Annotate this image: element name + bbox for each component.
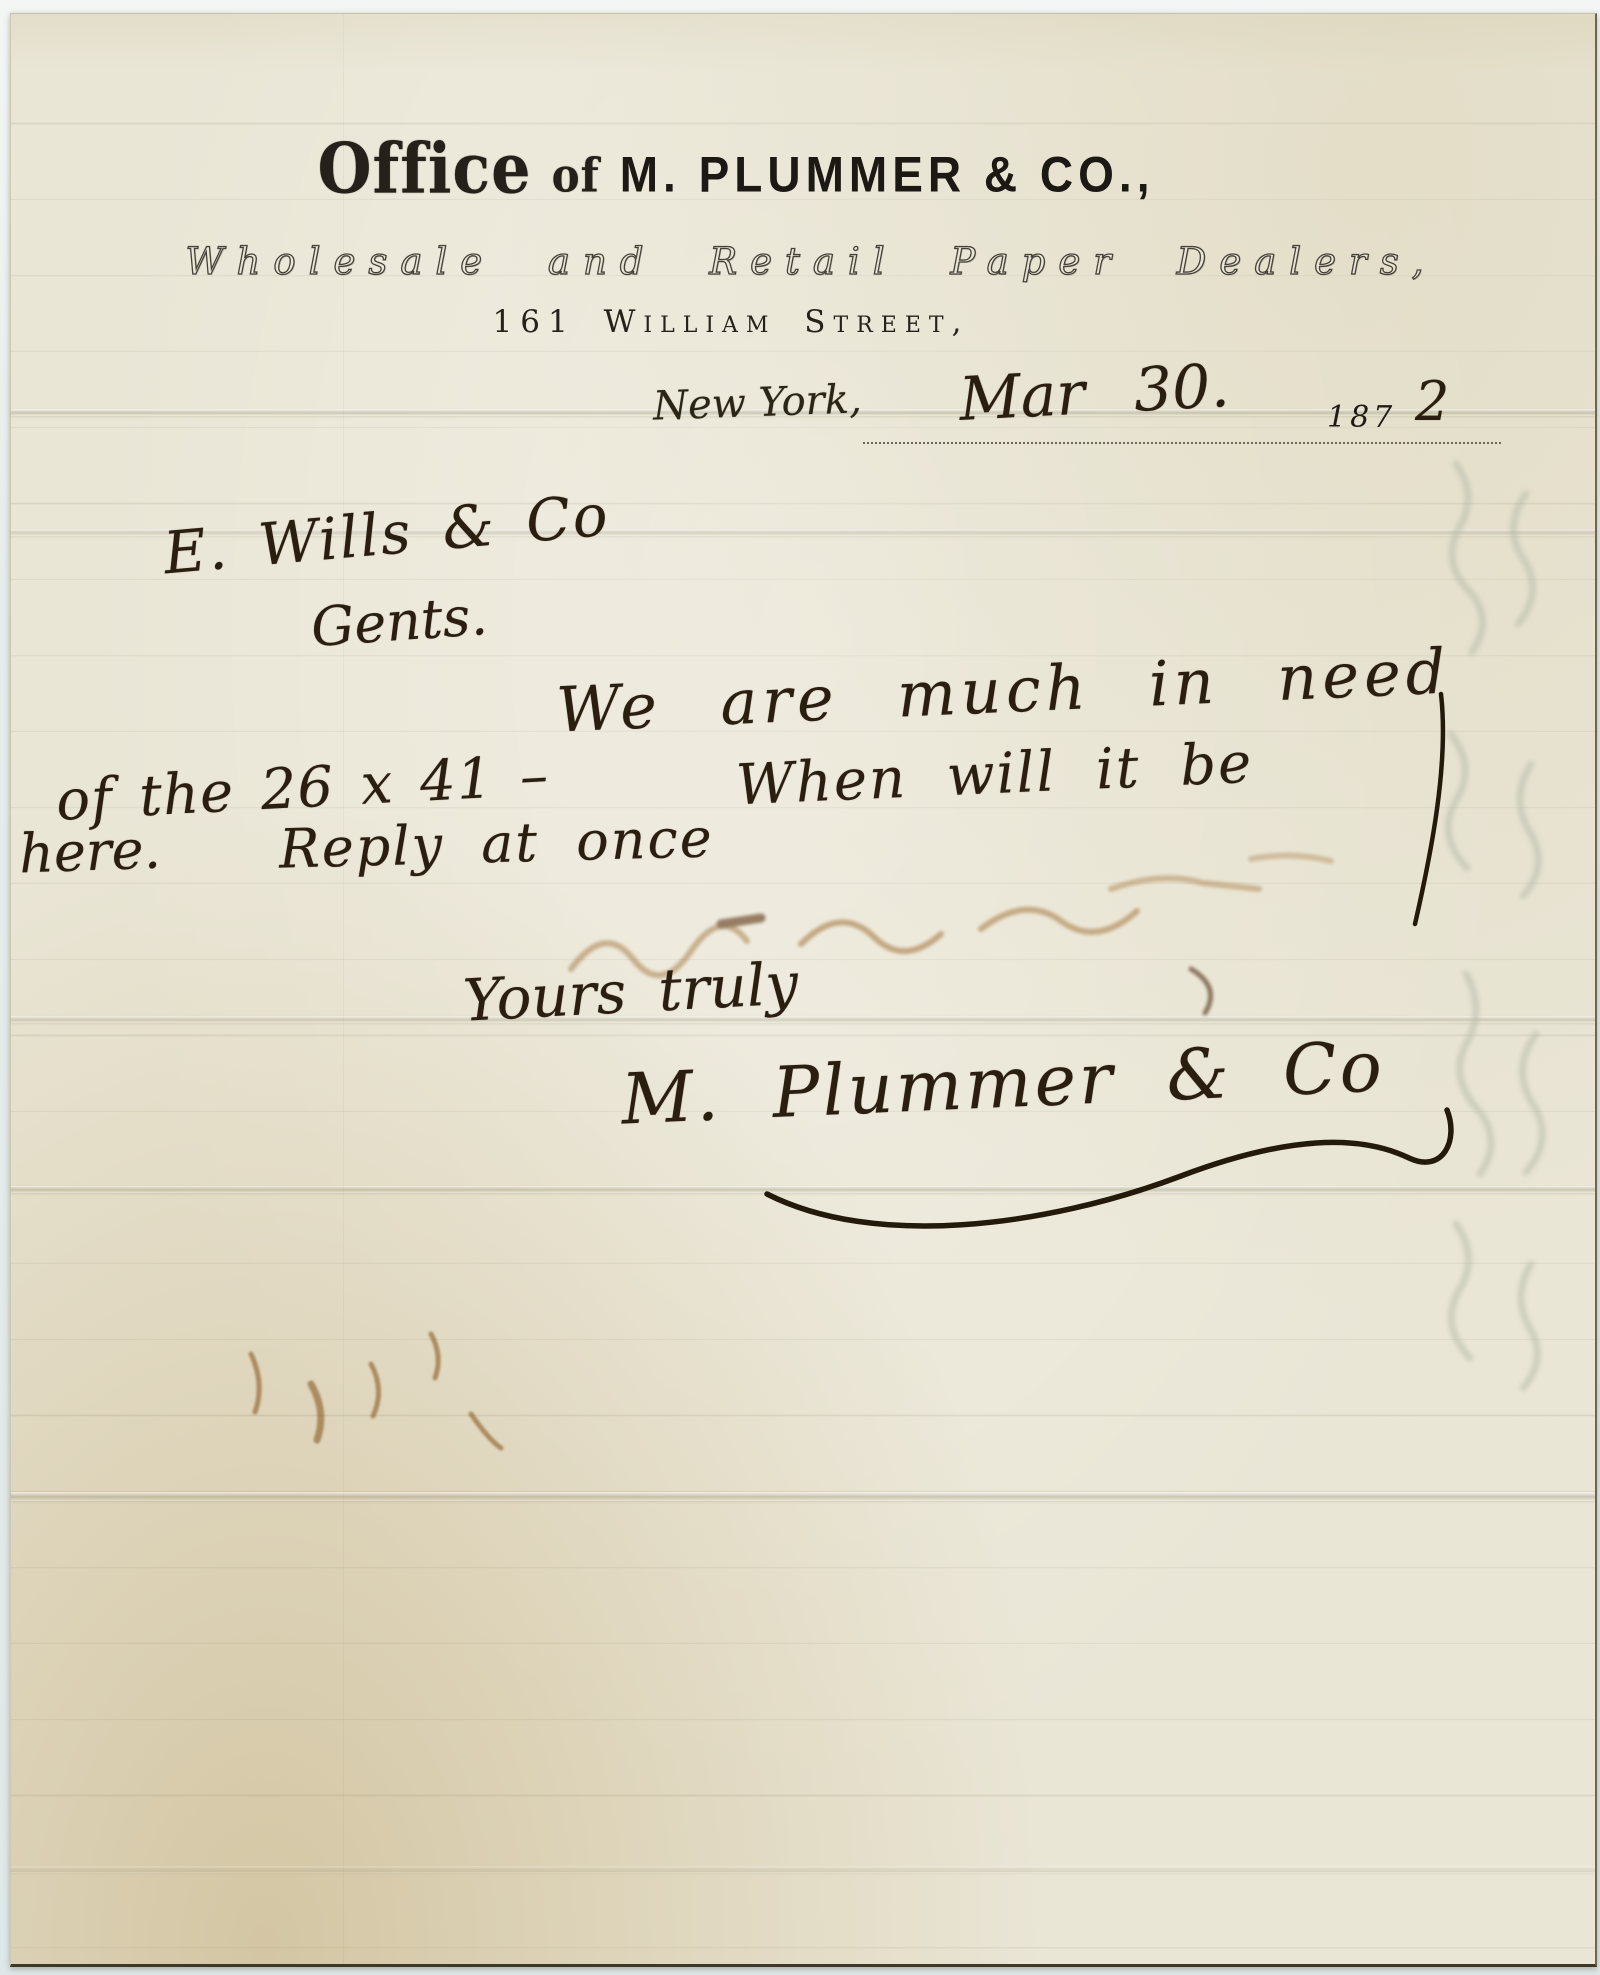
- letter-paper: Office of M. PLUMMER & CO., Wholesale an…: [10, 13, 1597, 1967]
- body-line-3a: here.: [18, 818, 162, 886]
- body-line-3b: Reply at once: [278, 806, 714, 880]
- salutation-line: Gents.: [309, 584, 489, 659]
- dateline-year-handwritten: 2: [1415, 370, 1449, 433]
- of-word: of: [552, 148, 600, 203]
- scanned-letter-page: { "letterhead": { "office": "Office", "o…: [0, 0, 1600, 1975]
- dateline-handwritten-date: Mar 30.: [957, 351, 1231, 435]
- company-name: M. PLUMMER & CO.,: [620, 145, 1155, 203]
- letterhead-address: 161 William Street,: [11, 304, 1451, 340]
- fold-crease: [11, 1866, 1595, 1873]
- signature-flourish: [753, 1096, 1473, 1276]
- letterhead-tagline: Wholesale and Retail Paper Dealers,: [181, 240, 1441, 283]
- dateline-place: New York,: [652, 376, 862, 429]
- dateline-year-printed: 187: [1327, 400, 1396, 435]
- address-text: 161 William Street,: [493, 304, 970, 340]
- body-line-2b: When will it be: [735, 731, 1255, 819]
- stain-flecks: [221, 1294, 521, 1514]
- tagline-text: Wholesale and Retail Paper Dealers,: [186, 240, 1437, 283]
- body-line-1: We are much in need: [555, 635, 1452, 747]
- letterhead-line-company: Office of M. PLUMMER & CO.,: [11, 132, 1461, 205]
- office-word: Office: [318, 128, 532, 210]
- need-descender-flourish: [1399, 686, 1459, 936]
- recipient-line: E. Wills & Co: [161, 481, 612, 588]
- date-rule-line: [863, 442, 1501, 444]
